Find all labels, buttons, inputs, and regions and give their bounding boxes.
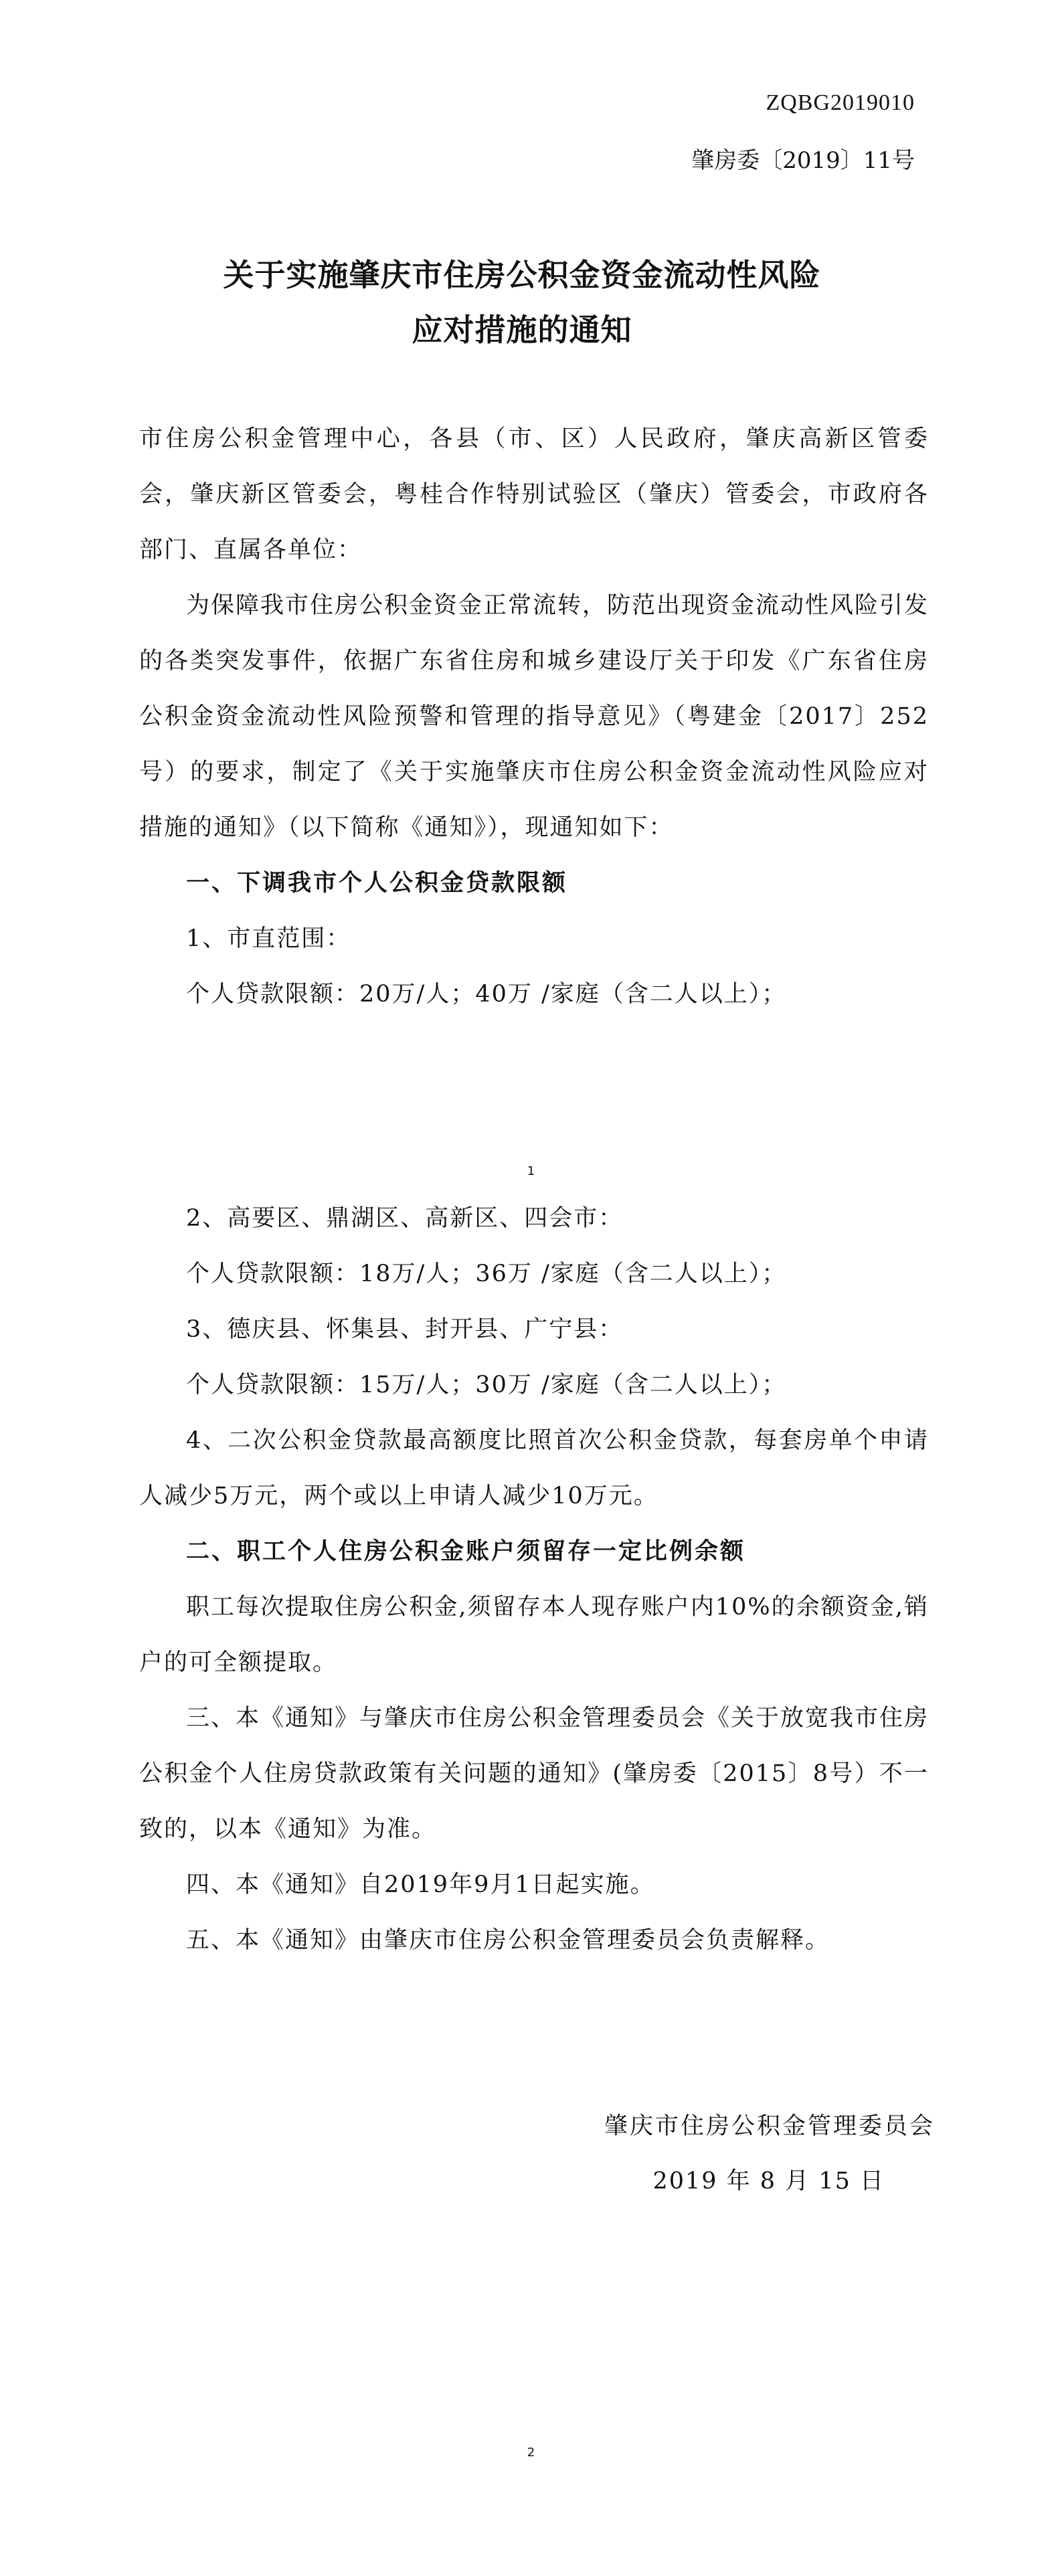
section-1-item-3-limit: 个人贷款限额：15万/人；30万 /家庭（含二人以上）； (139, 1358, 929, 1413)
section-1-item-1-label: 1、市直范围： (139, 911, 929, 967)
section-2-heading: 二、职工个人住房公积金账户须留存一定比例余额 (139, 1524, 929, 1580)
page-number-2: 2 (0, 2446, 1062, 2460)
title-line-2: 应对措施的通知 (120, 302, 923, 357)
signature-date: 2019 年 8 月 15 日 (652, 2163, 885, 2196)
addressee-paragraph: 市住房公积金管理中心，各县（市、区）人民政府，肇庆高新区管委会，肇庆新区管委会，… (139, 411, 929, 578)
section-1-item-3-label: 3、德庆县、怀集县、封开县、广宁县： (139, 1302, 929, 1358)
intro-paragraph: 为保障我市住房公积金资金正常流转，防范出现资金流动性风险引发的各类突发事件，依据… (139, 578, 929, 856)
section-4-paragraph: 四、本《通知》自2019年9月1日起实施。 (139, 1857, 929, 1913)
document-page-2: 2、高要区、鼎湖区、高新区、四会市： 个人贷款限额：18万/人；36万 /家庭（… (0, 1191, 1062, 2576)
page-number-1: 1 (0, 1164, 1062, 1178)
document-page-1: ZQBG2019010 肇房委〔2019〕11号 关于实施肇庆市住房公积金资金流… (0, 0, 1062, 1191)
section-2-text: 职工每次提取住房公积金,须留存本人现存账户内10%的余额资金,销户的可全额提取。 (139, 1580, 929, 1691)
section-3-paragraph: 三、本《通知》与肇庆市住房公积金管理委员会《关于放宽我市住房公积金个人住房贷款政… (139, 1691, 929, 1857)
document-code: ZQBG2019010 (766, 90, 915, 116)
section-1-heading: 一、下调我市个人公积金贷款限额 (139, 856, 929, 911)
section-5-paragraph: 五、本《通知》由肇庆市住房公积金管理委员会负责解释。 (139, 1913, 929, 1968)
section-1-item-2-label: 2、高要区、鼎湖区、高新区、四会市： (139, 1191, 929, 1247)
page-2-body: 2、高要区、鼎湖区、高新区、四会市： 个人贷款限额：18万/人；36万 /家庭（… (139, 1191, 929, 1968)
page-1-body: 市住房公积金管理中心，各县（市、区）人民政府，肇庆高新区管委会，肇庆新区管委会，… (139, 411, 929, 1022)
section-1-item-1-limit: 个人贷款限额：20万/人；40万 /家庭（含二人以上）； (139, 967, 929, 1022)
signature-organization: 肇庆市住房公积金管理委员会 (604, 2108, 935, 2141)
document-title: 关于实施肇庆市住房公积金资金流动性风险 应对措施的通知 (120, 248, 923, 357)
section-1-item-4: 4、二次公积金贷款最高额度比照首次公积金贷款，每套房单个申请人减少5万元，两个或… (139, 1413, 929, 1524)
document-number: 肇房委〔2019〕11号 (691, 142, 915, 175)
section-1-item-2-limit: 个人贷款限额：18万/人；36万 /家庭（含二人以上）； (139, 1247, 929, 1302)
title-line-1: 关于实施肇庆市住房公积金资金流动性风险 (120, 248, 923, 302)
